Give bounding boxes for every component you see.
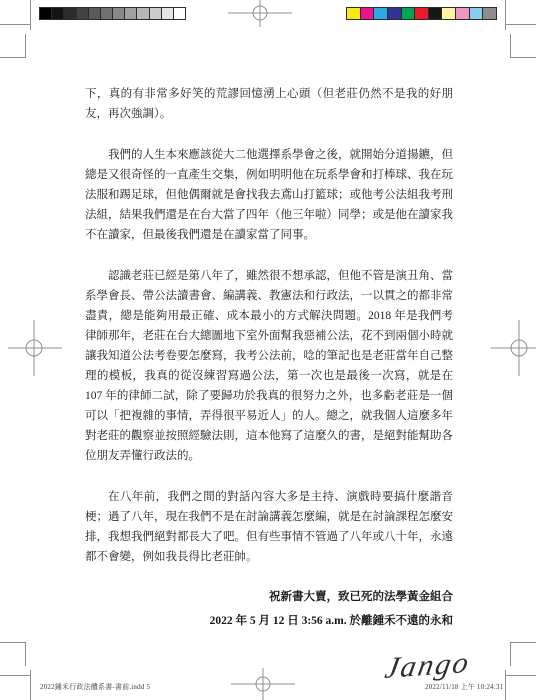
color-swatch <box>456 8 469 19</box>
book-page-proof: 下，真的有非常多好笑的荒謬回憶湧上心頭（但老莊仍然不是我的好朋友，再次強調）。 … <box>0 0 536 700</box>
color-swatch <box>470 8 483 19</box>
crop-mark-line <box>510 57 536 58</box>
color-swatch <box>429 8 442 19</box>
paragraph: 認識老莊已經是第八年了，雖然很不想承認，但他不管是演丑角、當系學會長、帶公法讀書… <box>85 266 453 466</box>
crop-mark-line <box>25 642 26 666</box>
crop-mark-line <box>505 0 506 30</box>
color-swatch <box>347 8 360 19</box>
crop-mark-line <box>506 675 536 676</box>
handwritten-signature: Jango <box>382 646 473 686</box>
paragraph: 我們的人生本來應該從大二他選擇系學會之後，就開始分道揚鑣，但總是又很奇怪的一直產… <box>85 145 453 245</box>
crop-mark-line <box>30 670 31 700</box>
crop-mark-line <box>0 24 30 25</box>
preface-text-block: 下，真的有非常多好笑的荒謬回憶湧上心頭（但老莊仍然不是我的好朋友，再次強調）。 … <box>85 84 453 683</box>
crop-mark-line <box>510 642 511 666</box>
color-swatch <box>388 8 401 19</box>
crop-mark-line <box>30 0 31 30</box>
color-swatch <box>77 8 88 19</box>
dedication-line: 祝新書大賣，致已死的法學黃金組合 <box>85 585 453 609</box>
color-swatch <box>137 8 148 19</box>
color-swatch <box>374 8 387 19</box>
crop-mark-line <box>510 34 511 58</box>
color-swatch <box>89 8 100 19</box>
crop-mark-line <box>25 34 26 58</box>
crop-mark-line <box>0 642 26 643</box>
color-swatch <box>40 8 51 19</box>
color-swatch <box>150 8 161 19</box>
color-swatch <box>64 8 75 19</box>
color-swatch <box>442 8 455 19</box>
color-swatch <box>402 8 415 19</box>
crop-mark-line <box>510 642 536 643</box>
color-swatch <box>162 8 173 19</box>
signature-block: Jango <box>85 649 469 683</box>
grayscale-calibration-bar <box>39 7 186 20</box>
closing-block: 祝新書大賣，致已死的法學黃金組合 2022 年 5 月 12 日 3:56 a.… <box>85 585 453 633</box>
color-swatch <box>415 8 428 19</box>
footer-timestamp: 2022/11/18 上午 10:24:31 <box>425 682 503 692</box>
paragraph: 下，真的有非常多好笑的荒謬回憶湧上心頭（但老莊仍然不是我的好朋友，再次強調）。 <box>85 84 453 124</box>
color-swatch <box>52 8 63 19</box>
paragraph: 在八年前，我們之間的對話內容大多是主持、演戲時要搞什麼諧音梗；過了八年，現在我們… <box>85 487 453 567</box>
registration-mark-left-center-icon <box>6 320 62 376</box>
crop-mark-line <box>0 57 26 58</box>
color-swatch <box>361 8 374 19</box>
color-swatch <box>174 8 185 19</box>
registration-mark-top-center-icon <box>228 0 292 28</box>
footer-file-name: 2022鍾禾行政法體系書-書前.indd 5 <box>40 682 150 692</box>
color-swatch <box>125 8 136 19</box>
crop-mark-line <box>0 675 30 676</box>
color-swatch <box>483 8 496 19</box>
cmyk-color-calibration-bar <box>346 7 497 20</box>
color-swatch <box>113 8 124 19</box>
crop-mark-line <box>506 24 536 25</box>
dateline: 2022 年 5 月 12 日 3:56 a.m. 於離鍾禾不遠的永和 <box>85 609 453 633</box>
registration-mark-right-center-icon <box>491 320 536 376</box>
color-swatch <box>101 8 112 19</box>
